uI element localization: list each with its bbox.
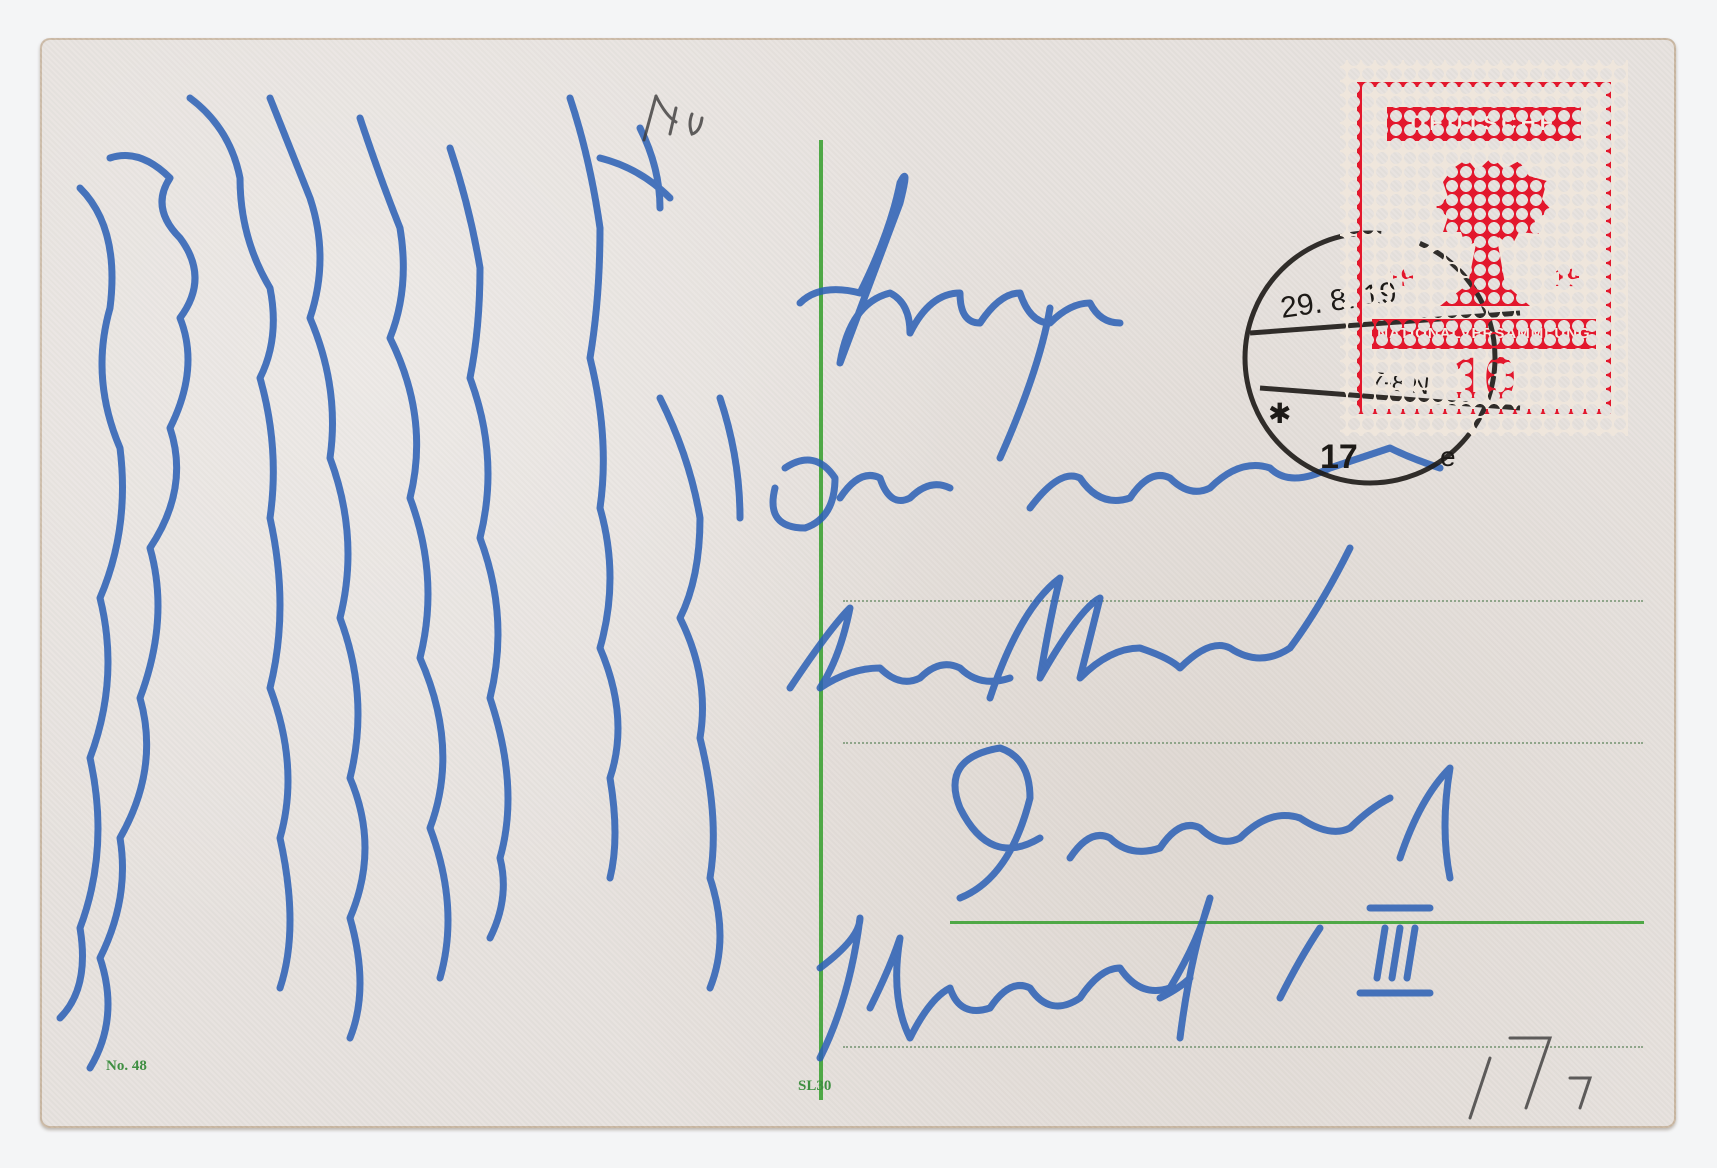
stamp-country-banner: DEUTSCHE — [1387, 107, 1581, 141]
postmark-star: ✱ — [1268, 398, 1291, 429]
stamp-issue-banner: NATIONALVERSAMMLUNG — [1372, 319, 1596, 349]
stamp-tree-icon — [1412, 149, 1562, 319]
stamp-denomination: 10 — [1362, 349, 1606, 409]
postcard: No. 48 SL30 — [40, 38, 1676, 1128]
postage-stamp: DEUTSCHE 19 19 NATIONALVERSAMMLUNG 10 — [1340, 60, 1628, 436]
postmark-letter: e — [1440, 441, 1456, 472]
message-text — [60, 98, 740, 1068]
stamp-year-left: 19 — [1388, 263, 1414, 293]
postmark-office-number: 17 — [1320, 438, 1358, 476]
stamp-frame: DEUTSCHE 19 19 NATIONALVERSAMMLUNG 10 — [1357, 82, 1611, 414]
stamp-year-right: 19 — [1554, 263, 1580, 293]
